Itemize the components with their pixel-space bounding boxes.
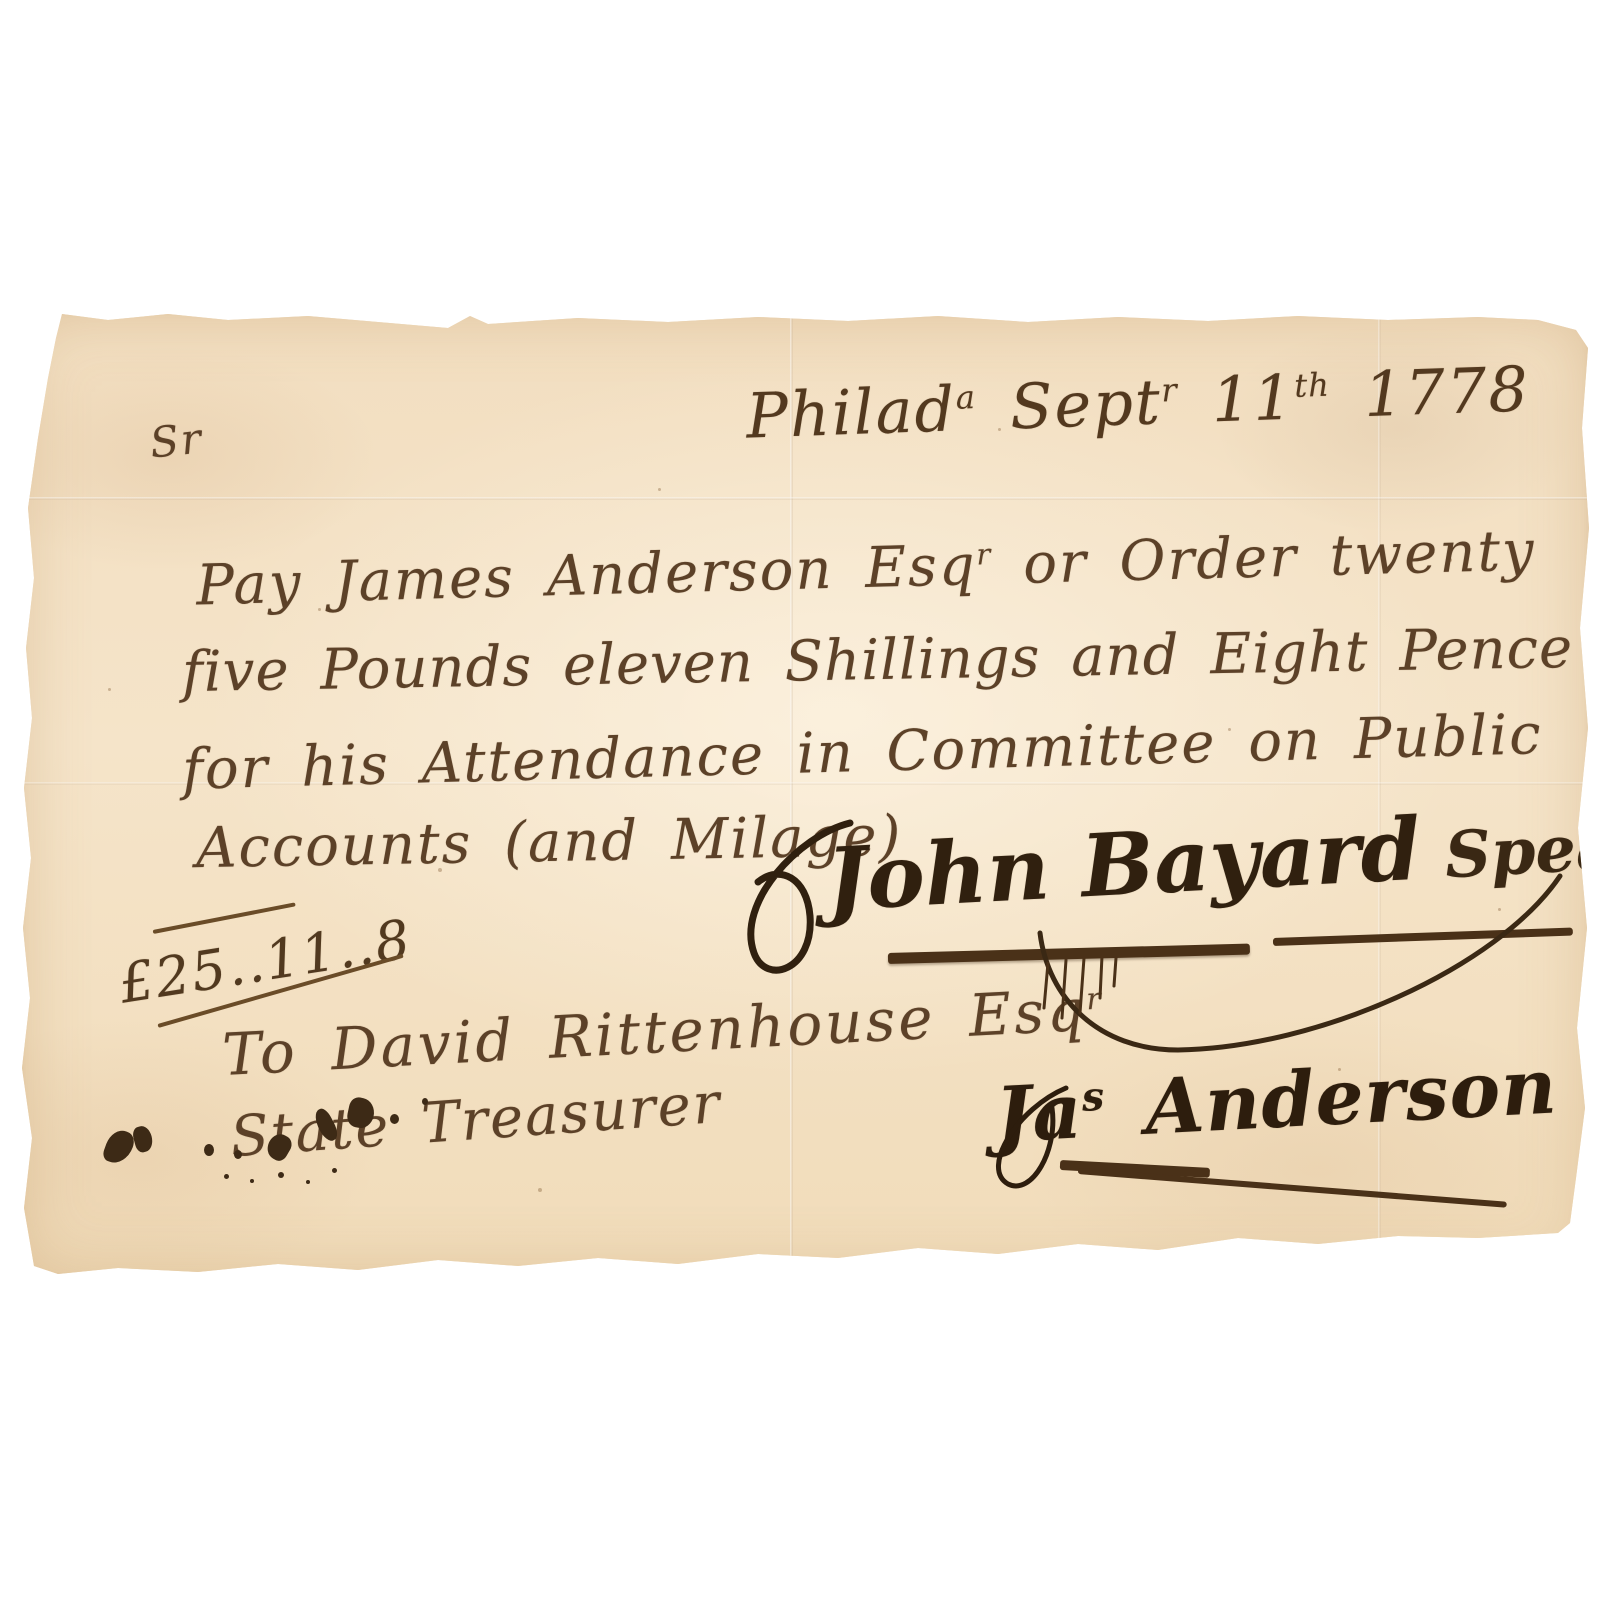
ink-speck: [224, 1174, 229, 1179]
speaker-signature: John Bayard Speaker: [824, 782, 1600, 930]
body-line-3: for his Attendance in Committee on Publi…: [181, 702, 1543, 803]
body-line-4: Accounts (and Milage): [195, 804, 902, 881]
ink-speck: [390, 1114, 399, 1124]
dateline-year: 1778: [1329, 352, 1531, 432]
speaker-signature-underline: [888, 944, 1250, 964]
body-line-1: Pay James Anderson Esqr or Order twenty: [195, 518, 1536, 618]
dateline-day: 11: [1177, 361, 1296, 438]
payee-name-abbr: r: [1085, 982, 1102, 1018]
ink-speck: [332, 1168, 337, 1173]
ink-speck: [422, 1098, 428, 1105]
ink-blot: [101, 1127, 137, 1168]
dateline: Philada Septr 11th 1778: [745, 352, 1531, 452]
foxing-speck: [658, 488, 661, 491]
speaker-signature-title: Speaker: [1419, 803, 1600, 894]
dateline-month: Sept: [975, 365, 1163, 444]
body-line-2: five Pounds eleven Shillings and Eight P…: [182, 616, 1574, 705]
dateline-day-abbr: th: [1294, 366, 1331, 405]
amount-figure: £25..11..8: [115, 907, 416, 1015]
ink-speck: [306, 1180, 310, 1184]
manuscript-paper: Sr Philada Septr 11th 1778 Pay James And…: [18, 308, 1592, 1280]
vertical-fold-crease: [790, 308, 793, 1280]
manuscript-photo: Sr Philada Septr 11th 1778 Pay James And…: [0, 0, 1600, 1600]
foxing-speck: [108, 688, 111, 691]
payee-name: To David Rittenhouse Esq: [221, 976, 1089, 1089]
foxing-speck: [1498, 908, 1501, 911]
speaker-signature-name: John Bayard: [824, 799, 1423, 931]
endorsement-abbr: s: [1081, 1074, 1107, 1121]
speaker-signature-underline-right: [1273, 928, 1573, 946]
endorsement-surname: Anderson: [1103, 1041, 1559, 1154]
payee-address-line-2: State Treasurer: [228, 1071, 723, 1170]
endorsement-signature: Jas Anderson: [993, 1041, 1559, 1159]
ink-blot: [234, 1150, 242, 1159]
endorsement-underline: [1078, 1168, 1507, 1208]
body-line-1-abbr: r: [976, 537, 992, 571]
salutation-text: Sr: [148, 413, 206, 467]
horizontal-fold-crease: [18, 497, 1592, 500]
ink-speck: [278, 1172, 284, 1178]
salutation: Sr: [148, 413, 206, 467]
ink-blot: [204, 1144, 214, 1156]
ink-speck: [250, 1179, 254, 1183]
dateline-month-abbr: r: [1161, 371, 1179, 410]
dateline-place: Philad: [745, 372, 957, 452]
endorsement-initial: Ja: [993, 1066, 1085, 1159]
dateline-place-abbr: a: [955, 378, 977, 417]
body-line-1-text: Pay James Anderson Esq: [195, 533, 977, 618]
ink-blot: [131, 1124, 155, 1154]
payee-address-line-1: To David Rittenhouse Esqr: [221, 975, 1104, 1089]
foxing-speck: [538, 1188, 542, 1192]
body-line-1-cont: or Order twenty: [991, 518, 1537, 597]
